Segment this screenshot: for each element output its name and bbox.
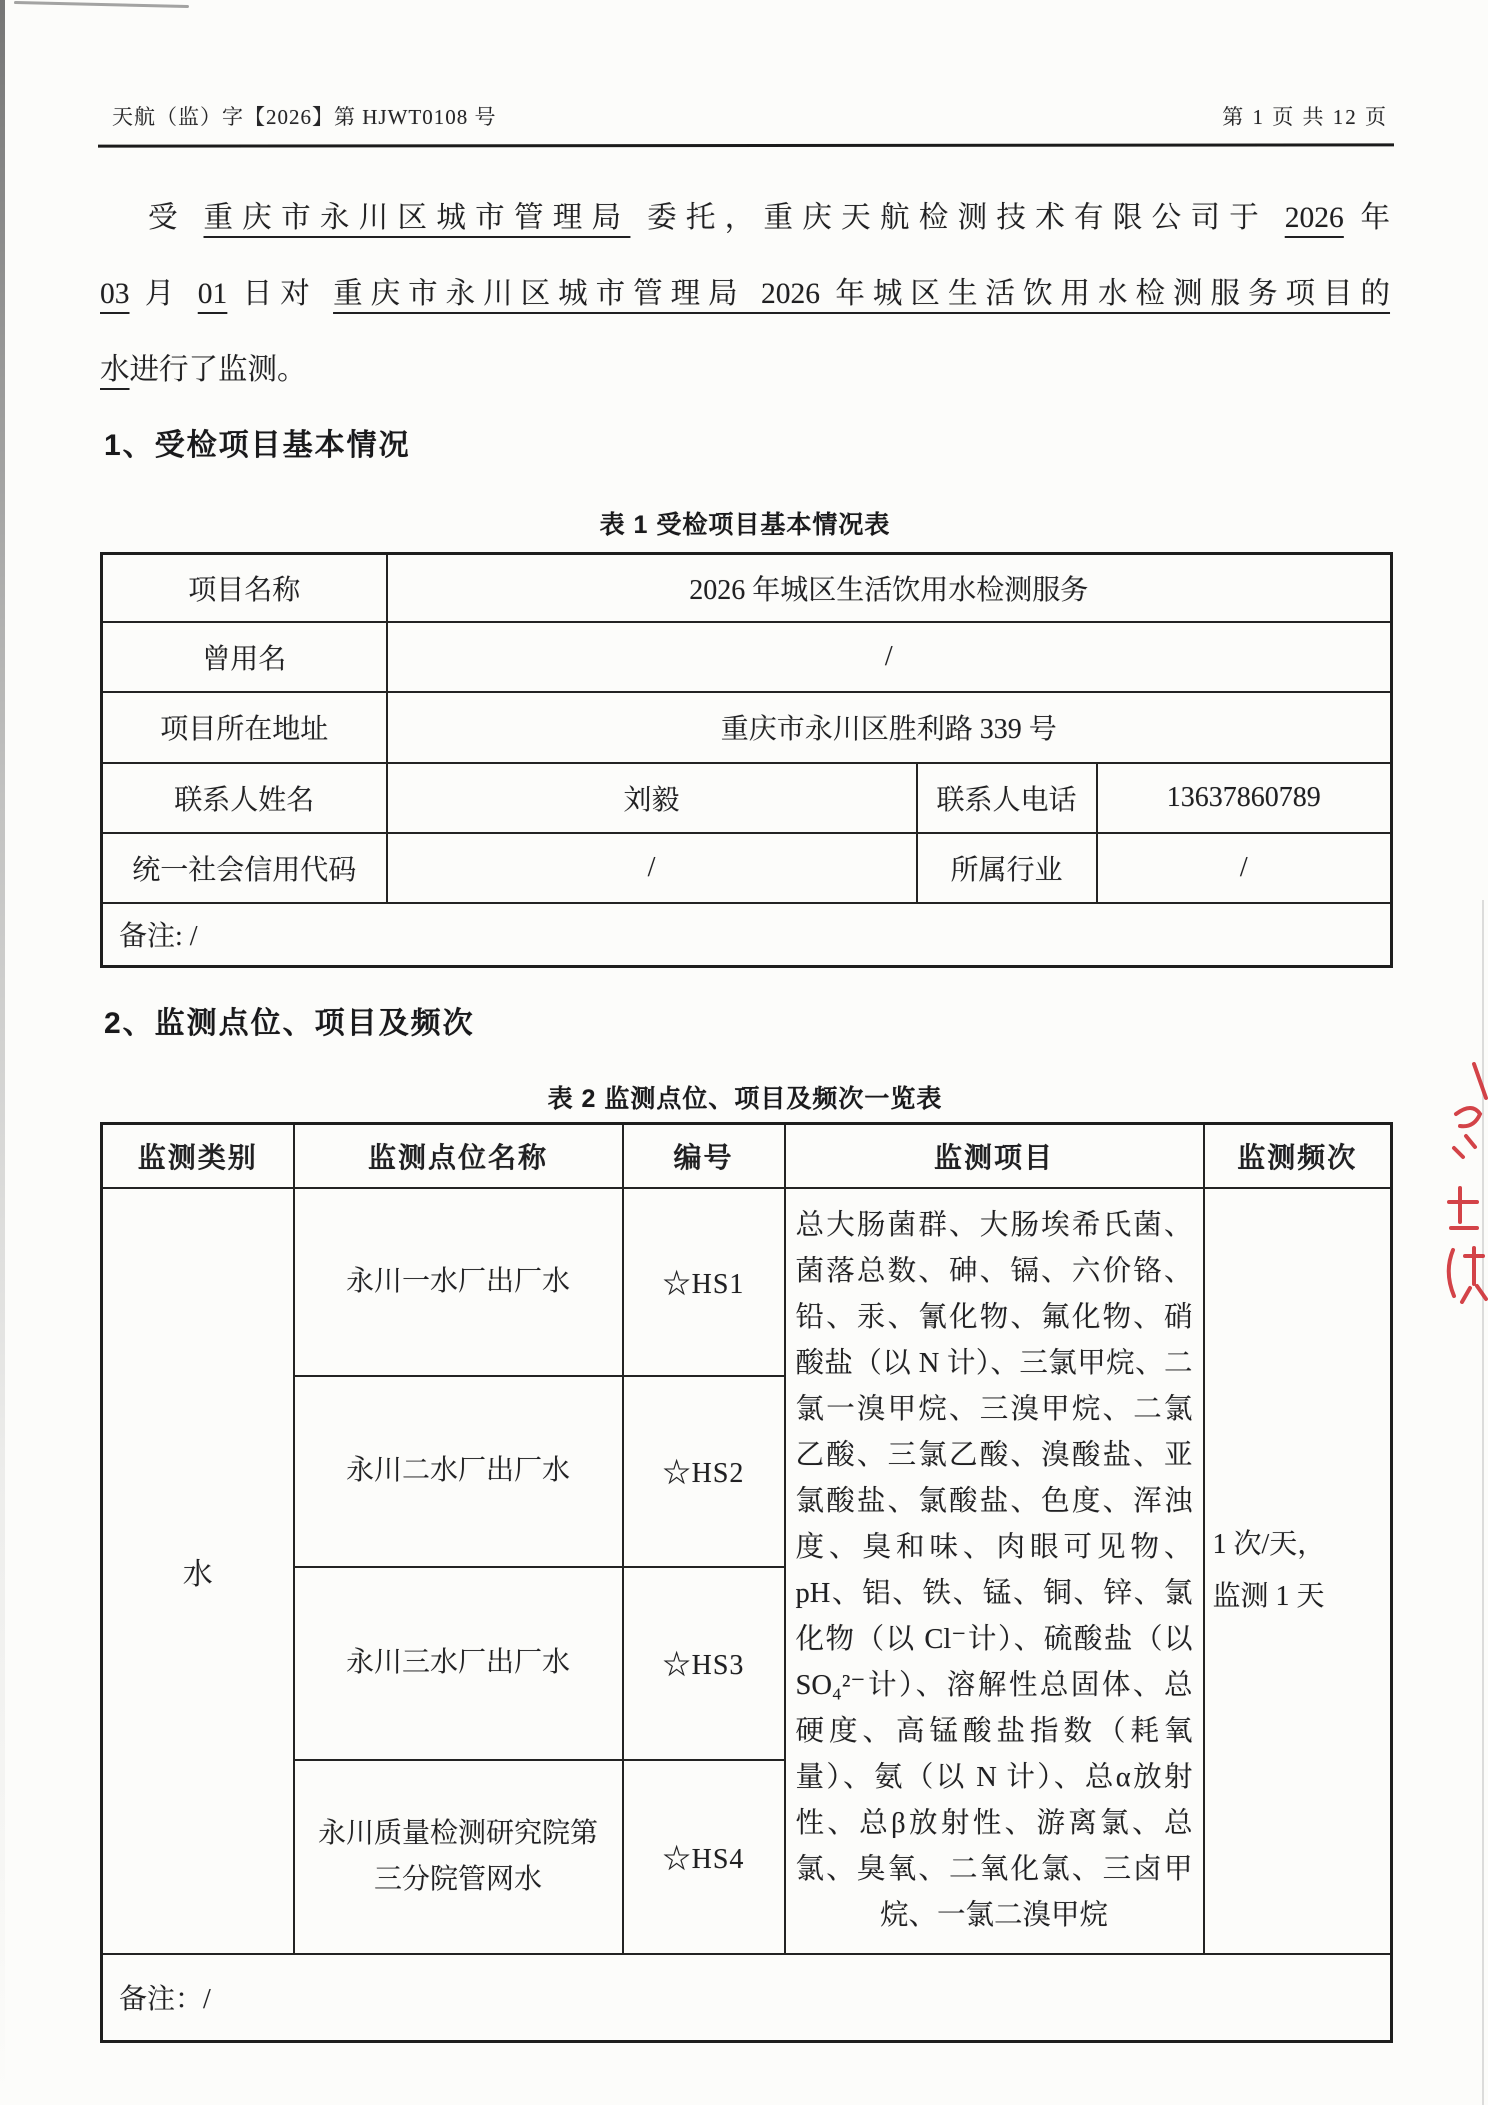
frequency-line-1: 1 次/天， [1213, 1519, 1391, 1571]
intro-line-2: 03 月 01 日对 重庆市永川区城市管理局 2026 年城区生活饮用水检测服务… [100, 256, 1390, 332]
category-water: 水 [102, 1188, 294, 1954]
point-name-2: 永川二水厂出厂水 [294, 1376, 623, 1568]
frequency-line-2: 监测 1 天 [1213, 1571, 1391, 1623]
industry-value: / [1097, 833, 1392, 903]
commission-year: 2026 [1285, 202, 1344, 234]
intro-line-3: 水进行了监测。 [100, 332, 1390, 408]
basic-info-table: 项目名称 2026 年城区生活饮用水检测服务 曾用名 / 项目所在地址 重庆市永… [100, 552, 1393, 968]
intro-line-1: 受 重庆市永川区城市管理局 委托，重庆天航检测技术有限公司于 2026 年 [100, 180, 1390, 256]
row-former-name: 曾用名 / [102, 622, 1392, 692]
row-remark-1: 备注: / [102, 903, 1392, 967]
monitoring-items: 总大肠菌群、大肠埃希氏菌、菌落总数、砷、镉、六价铬、铅、汞、氰化物、氟化物、硝酸… [785, 1188, 1204, 1954]
year-unit: 年 [1360, 202, 1390, 234]
project-name-value: 2026 年城区生活饮用水检测服务 [387, 554, 1392, 622]
section-2-heading: 2、监测点位、项目及频次 [104, 1004, 1004, 1044]
client-name: 重庆市永川区城市管理局 [204, 202, 631, 234]
row-remark-2: 备注：/ [102, 1954, 1392, 2042]
point-code-3: ☆HS3 [623, 1567, 785, 1760]
project-name-label: 项目名称 [102, 554, 387, 622]
commission-month: 03 [100, 278, 130, 310]
commission-day: 01 [198, 278, 228, 310]
table-2-remark: 备注：/ [102, 1954, 1392, 2042]
col-header-category: 监测类别 [102, 1124, 294, 1188]
credit-code-label: 统一社会信用代码 [102, 833, 387, 903]
contact-label: 联系人姓名 [102, 763, 387, 833]
point-code-1: ☆HS1 [623, 1188, 785, 1376]
phone-value: 13637860789 [1097, 763, 1392, 833]
credit-code-value: / [387, 833, 917, 903]
document-page: 天航（监）字【2026】第 HJWT0108 号 第 1 页 共 12 页 受 … [0, 0, 1488, 2105]
former-name-value: / [387, 622, 1392, 692]
col-header-code: 编号 [623, 1124, 785, 1188]
table-1-caption: 表 1 受检项目基本情况表 [100, 507, 1390, 543]
phone-label: 联系人电话 [917, 763, 1097, 833]
scan-edge-top [14, 1, 189, 8]
point-name-4: 永川质量检测研究院第三分院管网水 [294, 1760, 623, 1954]
page-header: 天航（监）字【2026】第 HJWT0108 号 第 1 页 共 12 页 [100, 101, 1392, 131]
col-header-frequency: 监测频次 [1204, 1124, 1392, 1188]
intro-after-client: 委托，重庆天航检测技术有限公司于 [647, 202, 1268, 234]
intro-paragraph: 受 重庆市永川区城市管理局 委托，重庆天航检测技术有限公司于 2026 年 03… [100, 180, 1390, 408]
project-full-name: 重庆市永川区城市管理局 2026 年城区生活饮用水检测服务项目的 [333, 278, 1390, 310]
red-margin-annotation [1436, 1036, 1488, 1328]
header-rule [98, 143, 1394, 147]
row-contact: 联系人姓名 刘毅 联系人电话 13637860789 [102, 763, 1392, 833]
page-indicator: 第 1 页 共 12 页 [1222, 101, 1392, 131]
section-1-heading: 1、受检项目基本情况 [104, 426, 1004, 466]
month-unit: 月 [145, 278, 183, 310]
point-code-2: ☆HS2 [623, 1376, 785, 1568]
row-credit-code: 统一社会信用代码 / 所属行业 / [102, 833, 1392, 903]
col-header-items: 监测项目 [785, 1124, 1204, 1188]
table-2-header-row: 监测类别 监测点位名称 编号 监测项目 监测频次 [102, 1124, 1392, 1188]
monitoring-frequency: 1 次/天， 监测 1 天 [1204, 1188, 1392, 1954]
day-unit: 日对 [243, 278, 318, 310]
scan-edge-left [0, 0, 5, 2105]
point-name-3: 永川三水厂出厂水 [294, 1567, 623, 1760]
doc-number: 天航（监）字【2026】第 HJWT0108 号 [100, 101, 497, 131]
point-code-4: ☆HS4 [623, 1760, 785, 1954]
point-name-1: 永川一水厂出厂水 [294, 1188, 623, 1376]
industry-label: 所属行业 [917, 833, 1097, 903]
monitoring-plan-table: 监测类别 监测点位名称 编号 监测项目 监测频次 水 永川一水厂出厂水 ☆HS1… [100, 1122, 1393, 2043]
contact-value: 刘毅 [387, 763, 917, 833]
table-2-caption: 表 2 监测点位、项目及频次一览表 [100, 1081, 1390, 1117]
address-label: 项目所在地址 [102, 692, 387, 763]
intro-tail: 进行了监测。 [130, 354, 307, 386]
col-header-point-name: 监测点位名称 [294, 1124, 623, 1188]
sample-type: 水 [100, 354, 130, 386]
former-name-label: 曾用名 [102, 622, 387, 692]
row-address: 项目所在地址 重庆市永川区胜利路 339 号 [102, 692, 1392, 763]
monitoring-point-row: 水 永川一水厂出厂水 ☆HS1 总大肠菌群、大肠埃希氏菌、菌落总数、砷、镉、六价… [102, 1188, 1392, 1376]
table-1-remark: 备注: / [102, 903, 1392, 967]
address-value: 重庆市永川区胜利路 339 号 [387, 692, 1392, 763]
intro-prefix: 受 [148, 202, 187, 234]
row-project-name: 项目名称 2026 年城区生活饮用水检测服务 [102, 554, 1392, 622]
